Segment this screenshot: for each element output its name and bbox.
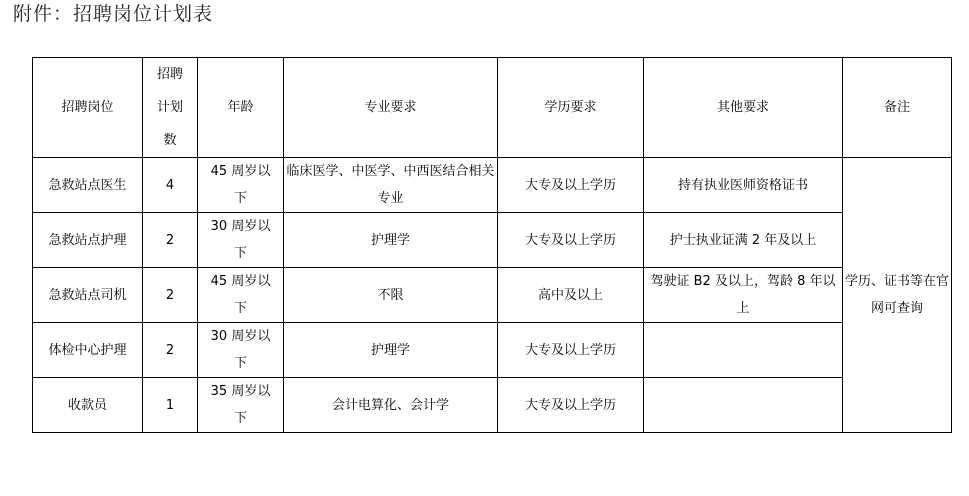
cell-education: 大专及以上学历 [498, 378, 644, 433]
header-count-line-2: 计划 [145, 91, 195, 124]
cell-age: 30 周岁以 下 [198, 213, 284, 268]
cell-other: 持有执业医师资格证书 [644, 158, 843, 213]
cell-other: 护士执业证满 2 年及以上 [644, 213, 843, 268]
header-count-line-1: 招聘 [145, 58, 195, 91]
cell-position: 急救站点医生 [33, 158, 143, 213]
header-education: 学历要求 [498, 58, 644, 158]
cell-education: 大专及以上学历 [498, 323, 644, 378]
cell-age: 35 周岁以 下 [198, 378, 284, 433]
cell-major: 护理学 [284, 213, 498, 268]
cell-position: 急救站点司机 [33, 268, 143, 323]
cell-age: 45 周岁以 下 [198, 268, 284, 323]
cell-major: 会计电算化、会计学 [284, 378, 498, 433]
cell-count: 2 [143, 323, 198, 378]
cell-education: 大专及以上学历 [498, 158, 644, 213]
cell-age-line-2: 下 [200, 295, 281, 322]
cell-age-line-2: 下 [200, 350, 281, 377]
recruitment-plan-table: 招聘岗位 招聘 计划 数 年龄 专业要求 学历要求 其他要求 备注 急救站点医生… [32, 57, 952, 433]
cell-count: 2 [143, 268, 198, 323]
table-row: 收款员 1 35 周岁以 下 会计电算化、会计学 大专及以上学历 [33, 378, 952, 433]
cell-education: 高中及以上 [498, 268, 644, 323]
cell-position: 急救站点护理 [33, 213, 143, 268]
cell-other: 驾驶证 B2 及以上，驾龄 8 年以上 [644, 268, 843, 323]
document-title: 附件：招聘岗位计划表 [13, 2, 213, 26]
cell-position: 体检中心护理 [33, 323, 143, 378]
table-row: 急救站点司机 2 45 周岁以 下 不限 高中及以上 驾驶证 B2 及以上，驾龄… [33, 268, 952, 323]
cell-age-line-1: 30 周岁以 [200, 213, 281, 240]
cell-age: 45 周岁以 下 [198, 158, 284, 213]
cell-age-line-2: 下 [200, 185, 281, 212]
header-other: 其他要求 [644, 58, 843, 158]
cell-age-line-1: 45 周岁以 [200, 158, 281, 185]
cell-position: 收款员 [33, 378, 143, 433]
header-row: 招聘岗位 招聘 计划 数 年龄 专业要求 学历要求 其他要求 备注 [33, 58, 952, 158]
header-count: 招聘 计划 数 [143, 58, 198, 158]
cell-age-line-2: 下 [200, 240, 281, 267]
header-position: 招聘岗位 [33, 58, 143, 158]
cell-age-line-1: 35 周岁以 [200, 378, 281, 405]
cell-count: 4 [143, 158, 198, 213]
cell-age-line-1: 45 周岁以 [200, 268, 281, 295]
cell-age: 30 周岁以 下 [198, 323, 284, 378]
header-major: 专业要求 [284, 58, 498, 158]
header-count-line-3: 数 [145, 124, 195, 157]
table-row: 急救站点医生 4 45 周岁以 下 临床医学、中医学、中西医结合相关专业 大专及… [33, 158, 952, 213]
cell-major: 临床医学、中医学、中西医结合相关专业 [284, 158, 498, 213]
table-row: 体检中心护理 2 30 周岁以 下 护理学 大专及以上学历 [33, 323, 952, 378]
cell-major: 护理学 [284, 323, 498, 378]
cell-age-line-2: 下 [200, 405, 281, 432]
cell-count: 2 [143, 213, 198, 268]
cell-other [644, 323, 843, 378]
cell-education: 大专及以上学历 [498, 213, 644, 268]
cell-other [644, 378, 843, 433]
cell-count: 1 [143, 378, 198, 433]
cell-major: 不限 [284, 268, 498, 323]
table-row: 急救站点护理 2 30 周岁以 下 护理学 大专及以上学历 护士执业证满 2 年… [33, 213, 952, 268]
cell-age-line-1: 30 周岁以 [200, 323, 281, 350]
header-remark: 备注 [843, 58, 952, 158]
cell-remark-merged: 学历、证书等在官网可查询 [843, 158, 952, 433]
header-age: 年龄 [198, 58, 284, 158]
